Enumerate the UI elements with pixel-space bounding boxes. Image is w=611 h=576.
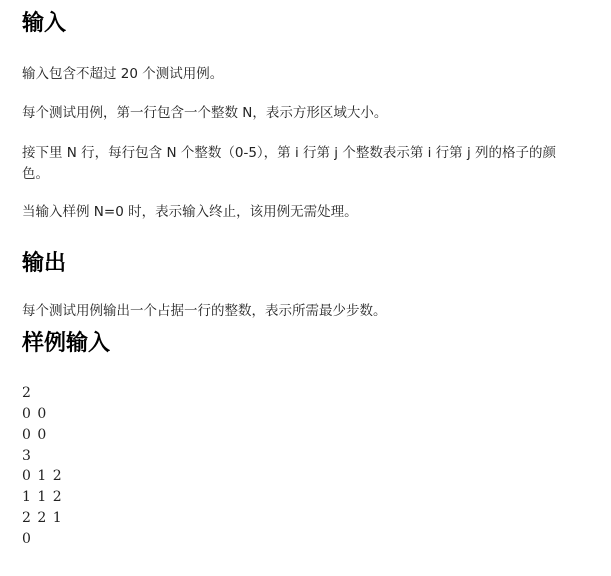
sample-input-line: 3 [22, 446, 31, 467]
section-title-input: 输入 [22, 10, 66, 38]
sample-input-line: 1 1 2 [22, 487, 62, 508]
sample-input-line: 0 [22, 529, 31, 550]
input-paragraph-4: 当输入样例 N=0 时，表示输入终止，该用例无需处理。 [22, 202, 582, 223]
sample-input-line: 0 0 [22, 404, 46, 425]
sample-input-line: 2 [22, 383, 31, 404]
section-title-sample-input: 样例输入 [22, 330, 110, 358]
section-title-output: 输出 [22, 250, 66, 278]
input-paragraph-2: 每个测试用例，第一行包含一个整数 N，表示方形区域大小。 [22, 103, 582, 124]
input-paragraph-3: 接下里 N 行，每行包含 N 个整数（0-5），第 i 行第 j 个整数表示第 … [22, 143, 582, 185]
sample-input-line: 0 0 [22, 425, 46, 446]
sample-input-line: 2 2 1 [22, 508, 62, 529]
sample-input-line: 0 1 2 [22, 466, 62, 487]
input-paragraph-1: 输入包含不超过 20 个测试用例。 [22, 64, 582, 85]
output-paragraph-1: 每个测试用例输出一个占据一行的整数，表示所需最少步数。 [22, 301, 582, 322]
